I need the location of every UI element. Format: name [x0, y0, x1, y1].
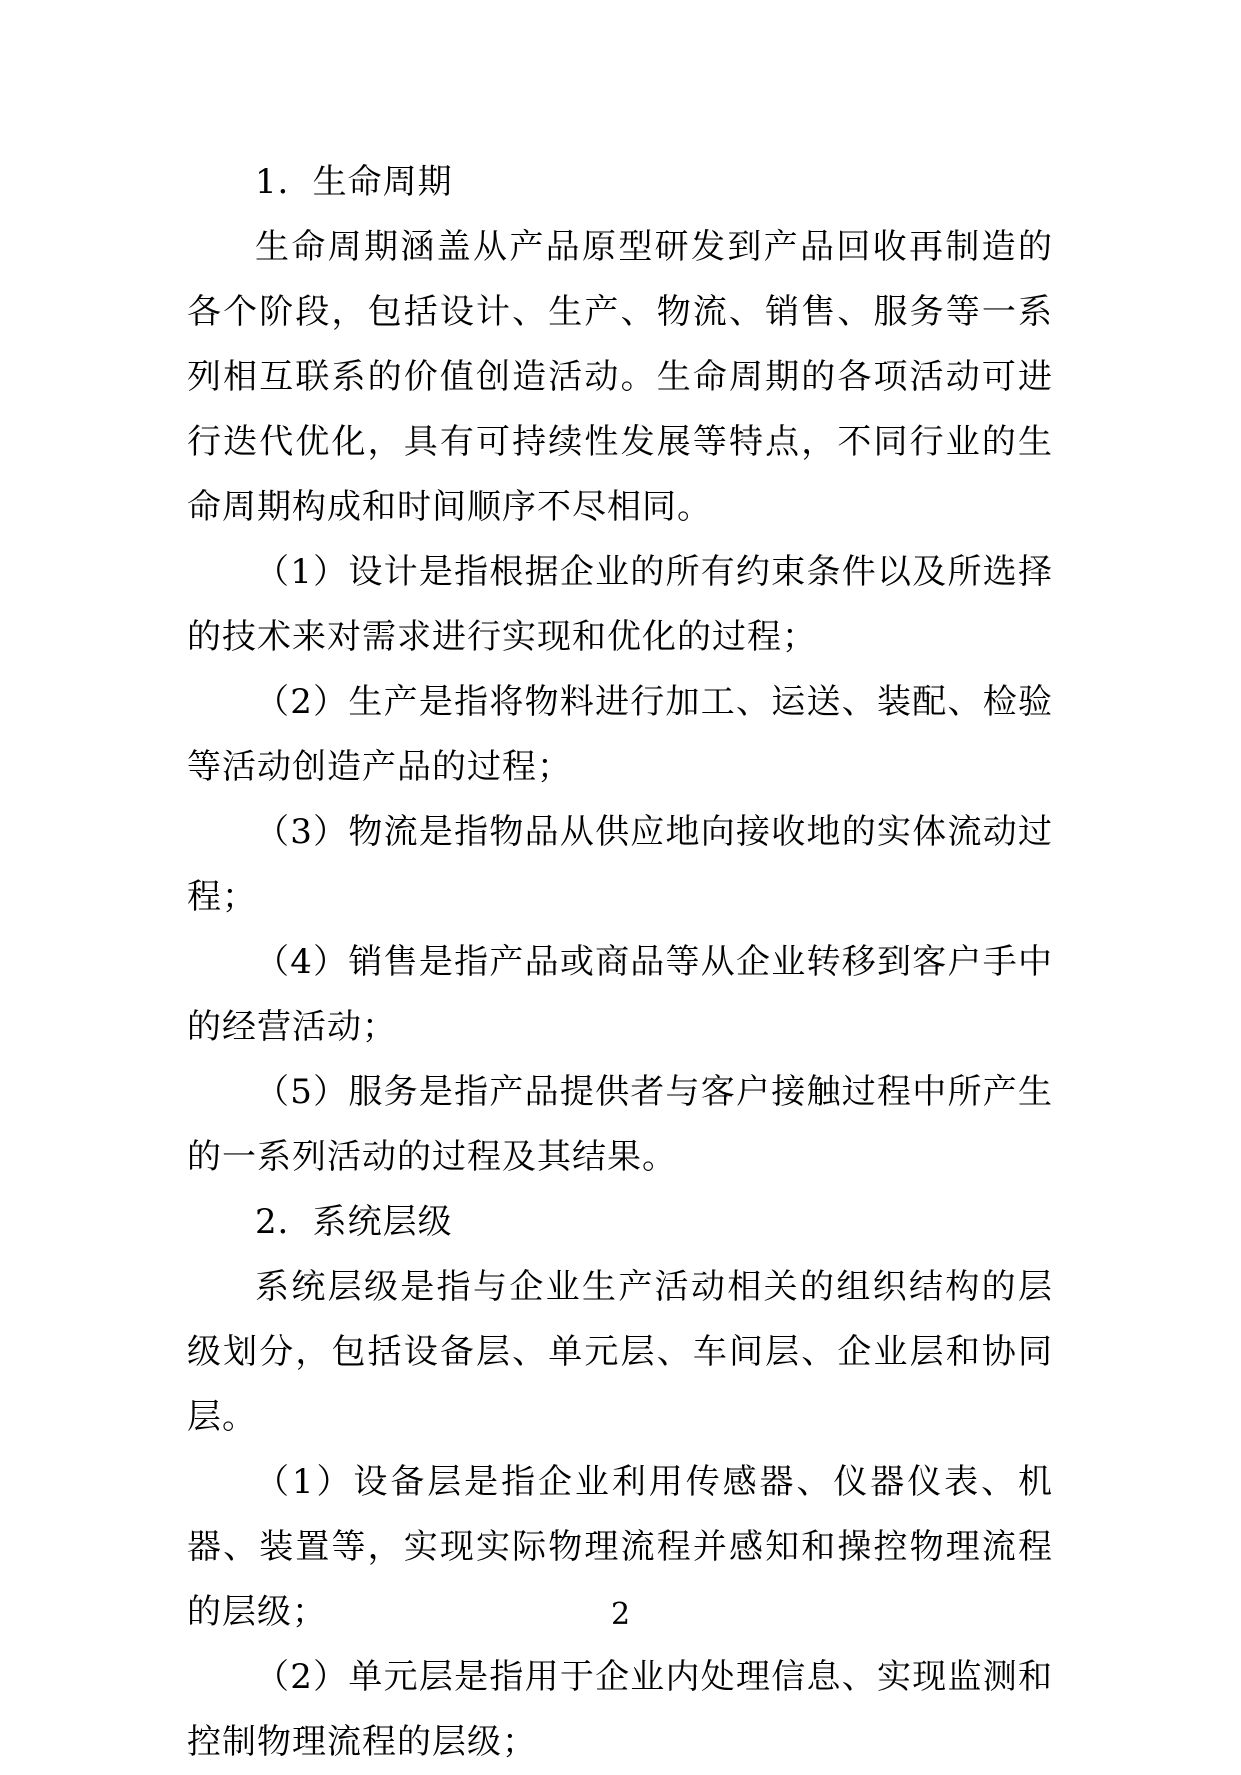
list-item-unit-level: （2）单元层是指用于企业内处理信息、实现监测和控制物理流程的层级； — [187, 1645, 1053, 1775]
section-heading-system-levels: 2．系统层级 — [187, 1190, 1053, 1255]
list-item-sales: （4）销售是指产品或商品等从企业转移到客户手中的经营活动； — [187, 930, 1053, 1060]
document-page: 1．生命周期 生命周期涵盖从产品原型研发到产品回收再制造的各个阶段，包括设计、生… — [0, 0, 1241, 1754]
list-item-design: （1）设计是指根据企业的所有约束条件以及所选择的技术来对需求进行实现和优化的过程… — [187, 540, 1053, 670]
list-item-production: （2）生产是指将物料进行加工、运送、装配、检验等活动创造产品的过程； — [187, 670, 1053, 800]
list-item-service: （5）服务是指产品提供者与客户接触过程中所产生的一系列活动的过程及其结果。 — [187, 1060, 1053, 1190]
paragraph-system-levels-overview: 系统层级是指与企业生产活动相关的组织结构的层级划分，包括设备层、单元层、车间层、… — [187, 1255, 1053, 1450]
section-heading-lifecycle: 1．生命周期 — [187, 150, 1053, 215]
page-number: 2 — [0, 1598, 1241, 1632]
list-item-logistics: （3）物流是指物品从供应地向接收地的实体流动过程； — [187, 800, 1053, 930]
paragraph-lifecycle-overview: 生命周期涵盖从产品原型研发到产品回收再制造的各个阶段，包括设计、生产、物流、销售… — [187, 215, 1053, 540]
